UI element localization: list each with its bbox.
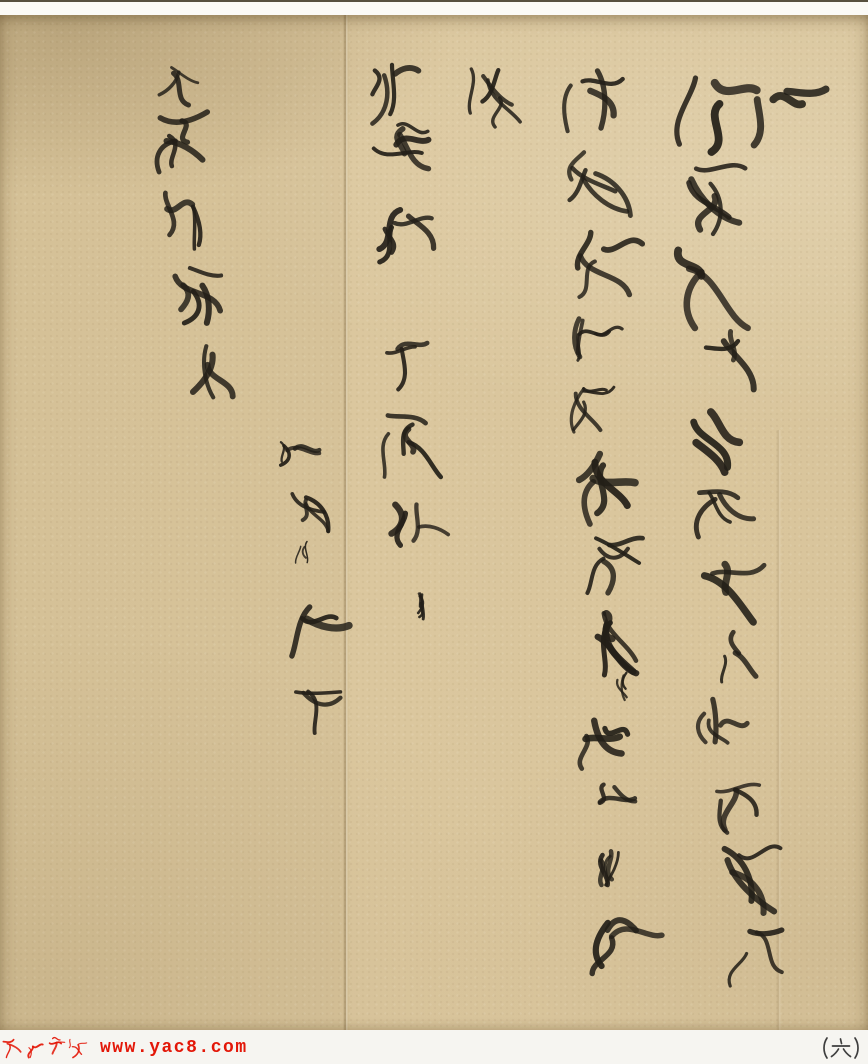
calligraphy-char (50, 1038, 65, 1054)
bottom-margin: www.yac8.com (0, 1030, 868, 1064)
calligraphy-char (69, 1039, 86, 1057)
top-margin (0, 2, 868, 15)
calligraphy-scan-page: www.yac8.com (0, 0, 868, 1064)
paper-background (0, 15, 868, 1030)
watermark-cjk-text (1, 1035, 93, 1061)
watermark: www.yac8.com (1, 1035, 248, 1061)
page-number-label (818, 1036, 864, 1060)
watermark-url: www.yac8.com (100, 1035, 248, 1061)
calligraphy-char (3, 1040, 20, 1058)
calligraphy-char (28, 1044, 42, 1057)
